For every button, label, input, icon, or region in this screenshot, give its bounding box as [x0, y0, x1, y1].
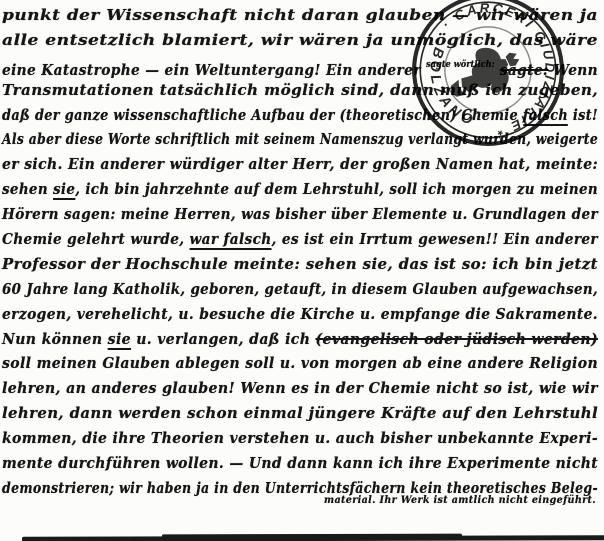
line-ink: Hörern sagen: meine Herren, was bisher ü… — [2, 202, 598, 227]
manuscript-line: Professor der Hochschule meinte: sehen s… — [2, 252, 604, 277]
text-segment: eine Katastrophe — ein Weltuntergang! Ei… — [2, 61, 426, 79]
manuscript-line: Hörern sagen: meine Herren, was bisher ü… — [2, 202, 604, 227]
text-segment: , ich bin jahrzehnte auf dem Lehrstuhl, … — [75, 180, 598, 198]
text-segment: lehren, an anderes glauben! Wenn es in d… — [2, 379, 598, 397]
text-segment: soll meinen Glauben ablegen soll u. von … — [2, 354, 598, 372]
manuscript-line: 60 Jahre lang Katholik, geboren, getauft… — [2, 277, 604, 302]
manuscript-line: material. Ihr Werk ist amtlich nicht ein… — [324, 494, 604, 510]
manuscript-line: Nun können sie u. verlangen, daß ich (ev… — [2, 327, 604, 352]
text-segment: ist! — [568, 106, 598, 124]
line-ink: Professor der Hochschule meinte: sehen s… — [2, 252, 598, 277]
line-ink: er sich. Ein anderer würdiger alter Herr… — [2, 152, 598, 177]
text-segment: Chemie gelehrt wurde, — [2, 230, 190, 248]
line-ink: sehen sie, ich bin jahrzehnte auf dem Le… — [2, 177, 598, 202]
text-segment: sehen — [2, 180, 53, 198]
manuscript-line: soll meinen Glauben ablegen soll u. von … — [2, 351, 604, 376]
manuscript-page: punkt der Wissenschaft nicht daran glaub… — [0, 0, 604, 541]
text-segment: , es ist ein Irrtum gewesen!! Ein andere… — [272, 230, 598, 248]
manuscript-line: erzogen, verehelicht, u. besuche die Kir… — [2, 302, 604, 327]
manuscript-line: Chemie gelehrt wurde, war falsch, es ist… — [2, 227, 604, 252]
manuscript-line: kommen, die ihre Theorien verstehen u. a… — [2, 426, 604, 451]
text-segment: 60 Jahre lang Katholik, geboren, getauft… — [2, 280, 598, 298]
text-segment: mente durchführen wollen. — Und dann kan… — [2, 454, 598, 472]
text-segment: u. verlangen, daß ich — [131, 330, 316, 348]
line-ink: lehren, an anderes glauben! Wenn es in d… — [2, 376, 598, 401]
line-ink: 60 Jahre lang Katholik, geboren, getauft… — [2, 277, 598, 302]
text-segment: er sich. Ein anderer würdiger alter Herr… — [2, 155, 598, 173]
line-ink: kommen, die ihre Theorien verstehen u. a… — [2, 426, 598, 451]
prison-stamp: · CARCERI GIUDIZIARIE * BOLZANO — [410, 0, 566, 148]
line-ink: Chemie gelehrt wurde, war falsch, es ist… — [2, 227, 598, 252]
text-segment: Hörern sagen: meine Herren, was bisher ü… — [2, 205, 598, 223]
text-segment: kommen, die ihre Theorien verstehen u. a… — [2, 429, 598, 447]
line-ink: erzogen, verehelicht, u. besuche die Kir… — [2, 302, 598, 327]
line-ink: soll meinen Glauben ablegen soll u. von … — [2, 351, 598, 376]
text-segment: war falsch — [190, 230, 272, 250]
stamp-graphic: · CARCERI GIUDIZIARIE * BOLZANO — [410, 0, 566, 148]
scan-edge-artifact — [22, 535, 604, 541]
text-segment: erzogen, verehelicht, u. besuche die Kir… — [2, 305, 598, 323]
text-segment: Professor der Hochschule meinte: sehen s… — [2, 255, 598, 273]
text-segment: material. Ihr Werk ist amtlich nicht ein… — [324, 494, 596, 506]
text-segment: (evangelisch oder jüdisch werden) — [316, 330, 598, 348]
manuscript-line: lehren, an anderes glauben! Wenn es in d… — [2, 376, 604, 401]
line-ink: material. Ihr Werk ist amtlich nicht ein… — [324, 494, 596, 506]
text-segment: Nun können — [2, 330, 108, 348]
line-ink: lehren, dann werden schon einmal jüngere… — [2, 401, 598, 426]
text-segment: sie — [108, 330, 131, 350]
text-segment: lehren, dann werden schon einmal jüngere… — [2, 404, 598, 422]
manuscript-line: sehen sie, ich bin jahrzehnte auf dem Le… — [2, 177, 604, 202]
manuscript-line: mente durchführen wollen. — Und dann kan… — [2, 451, 604, 476]
manuscript-line: lehren, dann werden schon einmal jüngere… — [2, 401, 604, 426]
line-ink: mente durchführen wollen. — Und dann kan… — [2, 451, 598, 476]
text-segment: sie — [53, 180, 75, 200]
manuscript-line: er sich. Ein anderer würdiger alter Herr… — [2, 152, 604, 177]
line-ink: Nun können sie u. verlangen, daß ich (ev… — [2, 327, 598, 352]
